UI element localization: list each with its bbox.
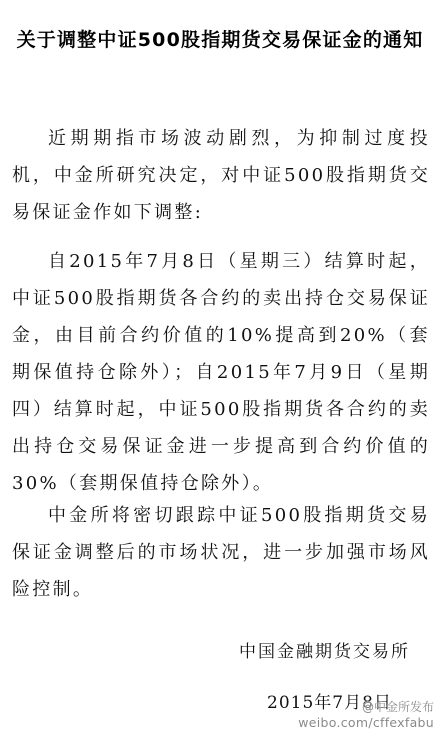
weibo-watermark: @中金所发布 weibo.com/cffexfabu bbox=[298, 700, 434, 730]
watermark-url: weibo.com/cffexfabu bbox=[298, 715, 434, 730]
notice-title: 关于调整中证500股指期货交易保证金的通知 bbox=[0, 27, 440, 53]
paragraph-text: 自2015年7月8日（星期三）结算时起，中证500股指期货各合约的卖出持仓交易保… bbox=[12, 243, 430, 502]
paragraph-adjustment: 自2015年7月8日（星期三）结算时起，中证500股指期货各合约的卖出持仓交易保… bbox=[12, 243, 430, 502]
issuer-signature: 中国金融期货交易所 bbox=[239, 637, 410, 662]
paragraph-text: 近期期指市场波动剧烈，为抑制过度投机，中金所研究决定，对中证500股指期货交易保… bbox=[12, 120, 430, 231]
paragraph-text: 中金所将密切跟踪中证500股指期货交易保证金调整后的市场状况，进一步加强市场风险… bbox=[12, 497, 430, 608]
paragraph-followup: 中金所将密切跟踪中证500股指期货交易保证金调整后的市场状况，进一步加强市场风险… bbox=[12, 497, 430, 608]
watermark-handle: @中金所发布 bbox=[298, 700, 434, 715]
paragraph-intro: 近期期指市场波动剧烈，为抑制过度投机，中金所研究决定，对中证500股指期货交易保… bbox=[12, 120, 430, 231]
